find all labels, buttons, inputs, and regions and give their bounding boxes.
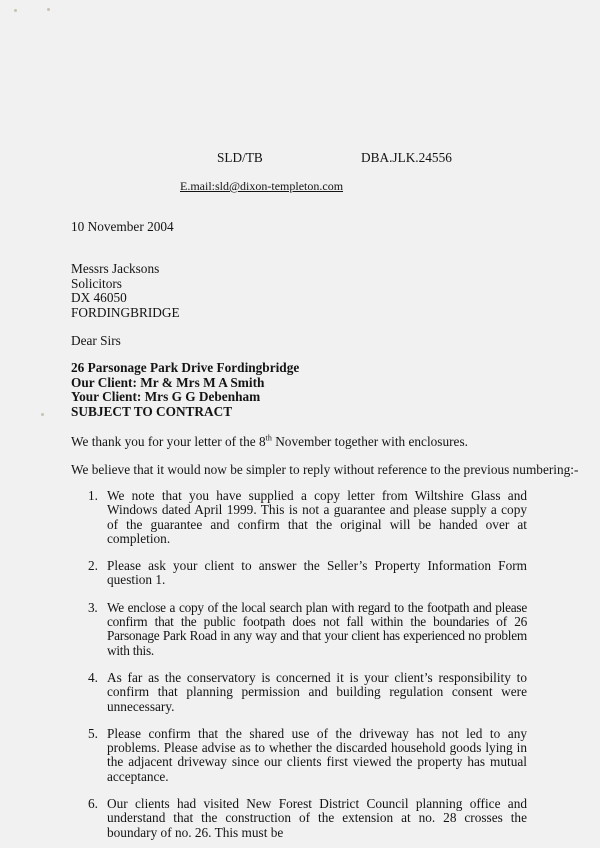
list-item: 6.Our clients had visited New Forest Dis… [89,797,527,840]
item-number: 1. [88,489,98,503]
item-text: Please confirm that the shared use of th… [107,726,527,784]
item-number: 5. [88,727,98,741]
numbered-points: 1.We note that you have supplied a copy … [89,489,527,848]
their-reference: DBA.JLK.24556 [361,150,452,165]
salutation: Dear Sirs [71,333,121,348]
item-text: We note that you have supplied a copy le… [107,488,527,546]
lead-in-paragraph: We believe that it would now be simpler … [71,462,578,477]
subject-block: 26 Parsonage Park Drive Fordingbridge Ou… [71,361,299,419]
scan-speck [41,413,44,416]
item-text: As far as the conservatory is concerned … [107,670,527,714]
recipient-line: FORDINGBRIDGE [71,306,180,321]
letter-date: 10 November 2004 [71,219,174,234]
recipient-line: Messrs Jacksons [71,262,180,277]
item-number: 6. [88,797,98,811]
list-item: 3.We enclose a copy of the local search … [89,601,527,658]
letter-page: SLD/TB DBA.JLK.24556 E.mail:sld@dixon-te… [0,0,600,848]
subject-line: SUBJECT TO CONTRACT [71,405,299,420]
item-text: Please ask your client to answer the Sel… [107,558,527,587]
recipient-line: DX 46050 [71,291,180,306]
our-reference: SLD/TB [217,150,263,165]
item-number: 3. [88,601,97,615]
list-item: 1.We note that you have supplied a copy … [89,489,527,546]
recipient-line: Solicitors [71,277,180,292]
item-number: 2. [88,559,98,573]
intro-text: We thank you for your letter of the 8 [71,434,266,449]
item-text: We enclose a copy of the local search pl… [107,600,527,658]
subject-line: Your Client: Mrs G G Debenham [71,390,299,405]
subject-line: 26 Parsonage Park Drive Fordingbridge [71,361,299,376]
list-item: 2.Please ask your client to answer the S… [89,559,527,588]
item-text: Our clients had visited New Forest Distr… [107,796,527,840]
intro-text: November together with enclosures. [272,434,468,449]
email-address: E.mail:sld@dixon-templeton.com [180,179,343,194]
scan-speck [47,8,50,11]
item-number: 4. [88,671,98,685]
subject-line: Our Client: Mr & Mrs M A Smith [71,376,299,391]
list-item: 4.As far as the conservatory is concerne… [89,671,527,714]
scan-speck [14,9,17,12]
recipient-address: Messrs Jacksons Solicitors DX 46050 FORD… [71,262,180,320]
list-item: 5.Please confirm that the shared use of … [89,727,527,784]
intro-paragraph: We thank you for your letter of the 8th … [71,434,468,449]
